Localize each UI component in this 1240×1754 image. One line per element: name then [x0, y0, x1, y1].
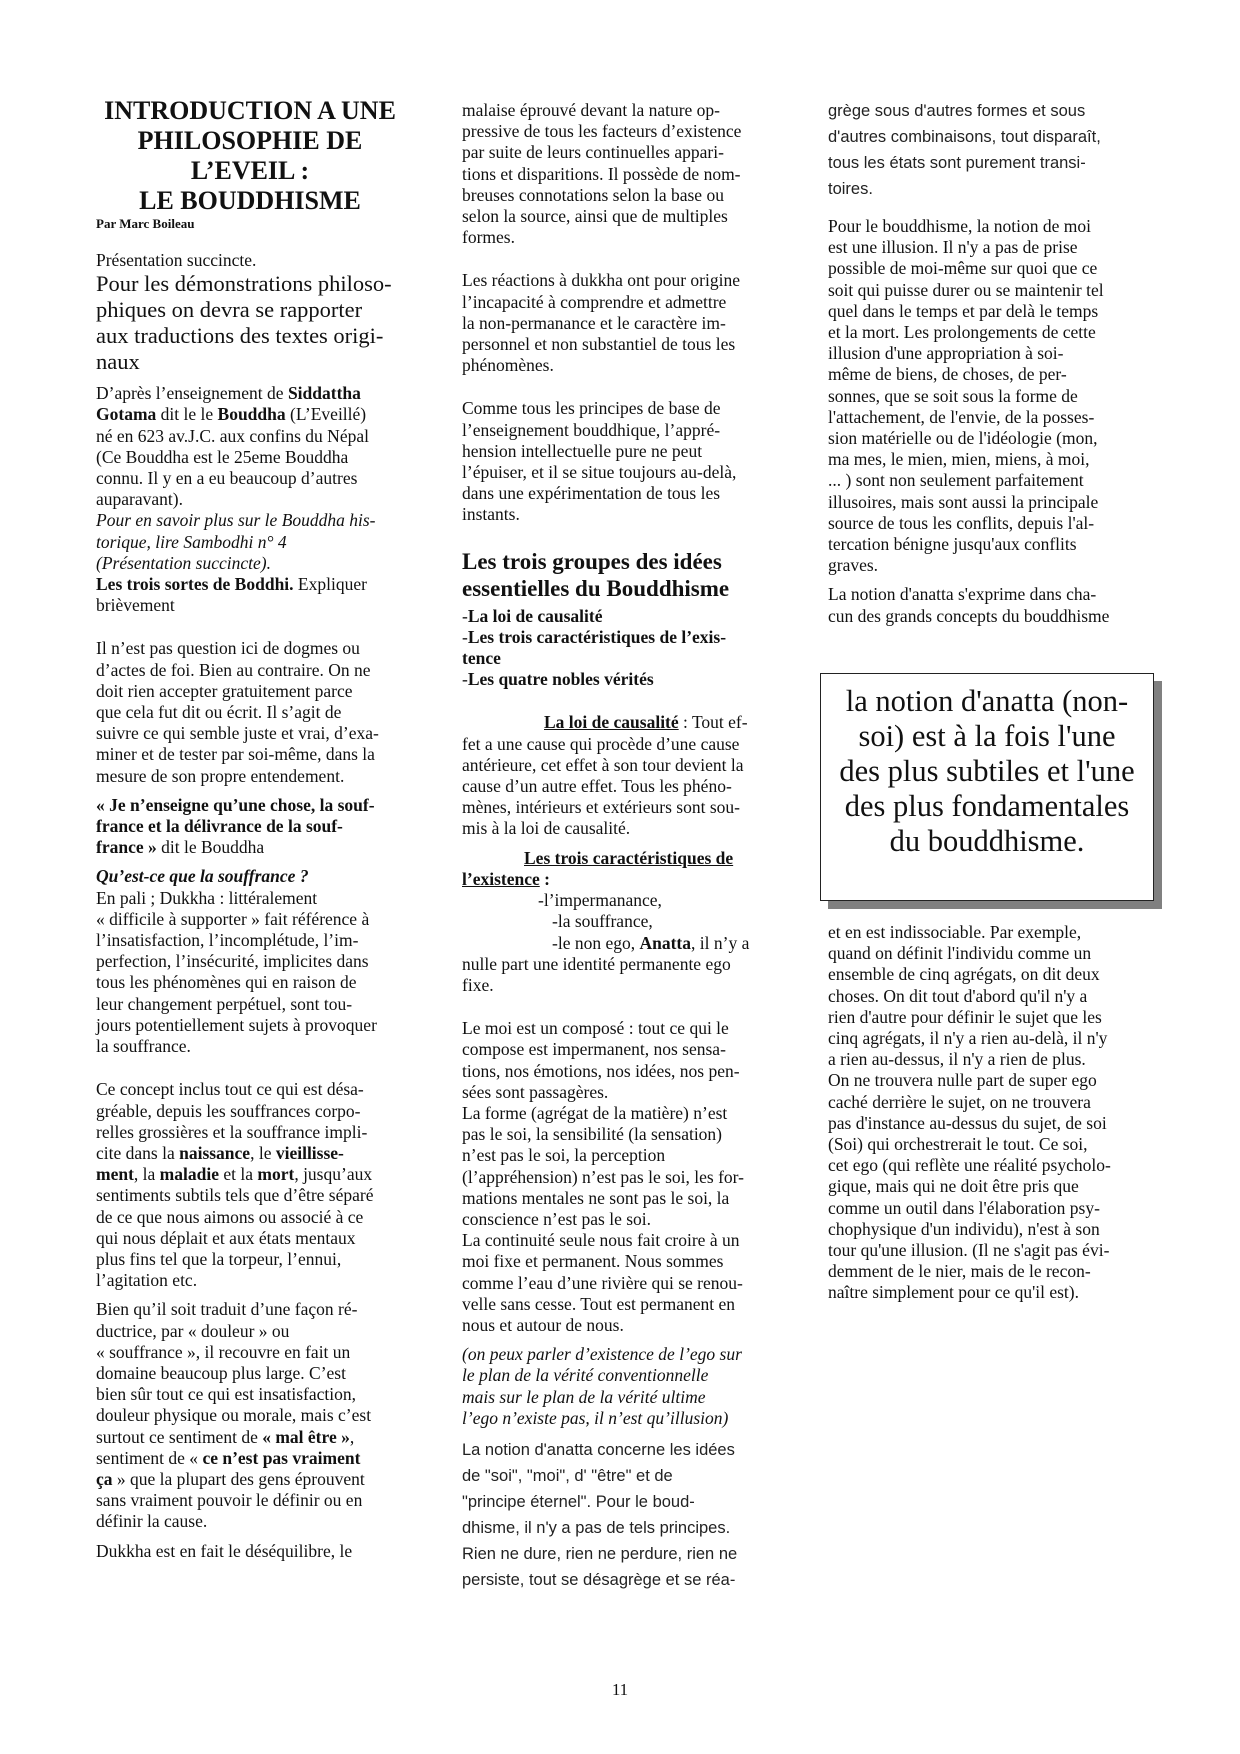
section-heading-souffrance: Qu’est-ce que la souffrance ?: [96, 866, 412, 887]
text-line: est une illusion. Il n'y a pas de prise: [828, 237, 1146, 258]
text-line: nous et autour de nous.: [462, 1315, 782, 1336]
text-line: phiques on devra se rapporter: [96, 297, 412, 323]
text-line: mis à la loi de causalité.: [462, 818, 782, 839]
text-line: aux traductions des textes origi-: [96, 323, 412, 349]
text-line: tions et disparitions. Il possède de nom…: [462, 164, 782, 185]
paragraph-anatta: La notion d'anatta concerne les idées de…: [462, 1437, 782, 1593]
text-line: Rien ne dure, rien ne perdure, rien ne: [462, 1541, 782, 1567]
paragraph-traduction: Bien qu’il soit traduit d’une façon ré- …: [96, 1299, 412, 1532]
bold-text: ça: [96, 1469, 113, 1489]
text-line: et en est indissociable. Par exemple,: [828, 922, 1146, 943]
text-line: sentiments subtils tels que d’être sépar…: [96, 1185, 412, 1206]
text-line: ma mes, le mien, mien, miens, à moi,: [828, 449, 1146, 470]
text-line: antérieure, cet effet à son tour devient…: [462, 755, 782, 776]
text-line: Il n’est pas question ici de dogmes ou: [96, 638, 412, 659]
text-line: selon la source, ainsi que de multiples: [462, 206, 782, 227]
text: , le: [250, 1143, 276, 1163]
bold-text: Les trois sortes de Boddhi.: [96, 574, 294, 594]
list-item: Les trois caractéristiques de l’exis-: [468, 627, 726, 647]
list-item: -l’impermanance,: [462, 890, 782, 911]
column-3-continued: et en est indissociable. Par exemple, qu…: [828, 922, 1146, 1304]
text-line: leur changement perpétuel, sont tou-: [96, 994, 412, 1015]
text-line: jours potentiellement sujets à provoquer: [96, 1015, 412, 1036]
italic-line: le plan de la vérité conventionnelle: [462, 1365, 782, 1386]
pull-quote-line: des plus fondamentales: [821, 789, 1153, 824]
text-line: cause d’un autre effet. Tous les phéno-: [462, 776, 782, 797]
text: sentiment de «: [96, 1448, 202, 1468]
text-line: sées sont passagères.: [462, 1082, 782, 1103]
text-line: l’agitation etc.: [96, 1270, 412, 1291]
text-line: illusion d'une appropriation à soi-: [828, 343, 1146, 364]
text-line: La forme (agrégat de la matière) n’est: [462, 1103, 782, 1124]
text-line: personnel et non substantiel de tous les: [462, 334, 782, 355]
list-item: Les quatre nobles vérités: [468, 669, 654, 689]
text: Expliquer: [294, 574, 367, 594]
pull-quote-line: du bouddhisme.: [821, 824, 1153, 859]
bold-text: france »: [96, 837, 157, 857]
text-line: quand on définit l'individu comme un: [828, 943, 1146, 964]
text-line: d'autres combinaisons, tout disparaît,: [828, 124, 1146, 150]
groups-list: -La loi de causalité -Les trois caractér…: [462, 606, 782, 691]
text-line: de ce que nous aimons ou associé à ce: [96, 1207, 412, 1228]
paragraph-dukkha: En pali ; Dukkha : littéralement « diffi…: [96, 888, 412, 1058]
intro-label: Présentation succincte.: [96, 250, 412, 271]
bold-text: mort: [257, 1164, 294, 1184]
italic-note: (on peux parler d’existence de l’ego sur…: [462, 1344, 782, 1429]
bold-text: Siddattha: [288, 383, 361, 403]
text-line: tour qu'une illusion. (Il ne s'agit pas …: [828, 1240, 1146, 1261]
text: -le non ego,: [552, 933, 639, 953]
paragraph-malaise: malaise éprouvé devant la nature op- pre…: [462, 100, 782, 248]
text-line: auparavant).: [96, 489, 412, 510]
text: cite dans la: [96, 1143, 179, 1163]
column-3: grège sous d'autres formes et sous d'aut…: [828, 98, 1146, 627]
column-2: malaise éprouvé devant la nature op- pre…: [462, 100, 782, 1593]
text-line: chophysique d'un individu), n'est à son: [828, 1219, 1146, 1240]
text-line: dhisme, il n'y a pas de tels principes.: [462, 1515, 782, 1541]
italic-line: Pour en savoir plus sur le Bouddha his-: [96, 510, 412, 531]
text: surtout ce sentiment de: [96, 1427, 262, 1447]
text-line: connu. Il y en a eu beaucoup d’autres: [96, 468, 412, 489]
text-line: que cela fut dit ou écrit. Il s’agit de: [96, 702, 412, 723]
italic-line: (on peux parler d’existence de l’ego sur: [462, 1344, 782, 1365]
paragraph-caracteristiques: Les trois caractéristiques de l’existenc…: [462, 848, 782, 996]
text-line: comme l’eau d’une rivière qui se renou-: [462, 1273, 782, 1294]
text-line: l’enseignement bouddhique, l’appré-: [462, 420, 782, 441]
bold-text: naissance: [179, 1143, 250, 1163]
text-line: tous les phénomènes qui en raison de: [96, 972, 412, 993]
text-line: bien sûr tout ce qui est insatisfaction,: [96, 1384, 412, 1405]
text-line: grège sous d'autres formes et sous: [828, 98, 1146, 124]
text-line: "principe éternel". Pour le boud-: [462, 1489, 782, 1515]
text-line: gréable, depuis les souffrances corpo-: [96, 1101, 412, 1122]
text-line: né en 623 av.J.C. aux confins du Népal: [96, 426, 412, 447]
text-line: naux: [96, 349, 412, 375]
text-line: comme un outil dans l'élaboration psy-: [828, 1198, 1146, 1219]
text: , la: [134, 1164, 160, 1184]
text-line: n’est pas le soi, la perception: [462, 1145, 782, 1166]
text: :: [540, 869, 550, 889]
text-line: Dukkha est en fait le déséquilibre, le: [96, 1541, 412, 1562]
byline: Par Marc Boileau: [96, 216, 412, 232]
italic-line: l’ego n’existe pas, il n’est qu’illusion…: [462, 1408, 782, 1429]
underlined-heading: l’existence: [462, 869, 540, 889]
text: : Tout ef-: [679, 712, 748, 732]
text-line: soit qui puisse durer ou se maintenir te…: [828, 280, 1146, 301]
text-line: choses. On dit tout d'abord qu'il n'y a: [828, 986, 1146, 1007]
text-line: douleur physique ou morale, mais c’est: [96, 1405, 412, 1426]
text-line: rien d'autre pour définir le sujet que l…: [828, 1007, 1146, 1028]
page-number: 11: [0, 1680, 1240, 1700]
text-line: pas d'instance au-dessus du sujet, de so…: [828, 1113, 1146, 1134]
heading-line: essentielles du Bouddhisme: [462, 575, 782, 602]
text-line: compose est impermanent, nos sensa-: [462, 1039, 782, 1060]
text-line: demment de le nier, mais de le recon-: [828, 1261, 1146, 1282]
paragraph-agrege: grège sous d'autres formes et sous d'aut…: [828, 98, 1146, 202]
title-line: INTRODUCTION A UNE: [88, 96, 412, 126]
text-line: source de tous les conflits, depuis l'al…: [828, 513, 1146, 534]
pull-quote-line: des plus subtiles et l'une: [821, 754, 1153, 789]
italic-line: (Présentation succincte).: [96, 553, 412, 574]
text-line: (Ce Bouddha est le 25eme Bouddha: [96, 447, 412, 468]
text-line: En pali ; Dukkha : littéralement: [96, 888, 412, 909]
text-line: pressive de tous les facteurs d’existenc…: [462, 121, 782, 142]
text-line: Pour le bouddhisme, la notion de moi: [828, 216, 1146, 237]
list-item: -la souffrance,: [462, 911, 782, 932]
text-line: persiste, tout se désagrège et se réa-: [462, 1567, 782, 1593]
text-line: possible de moi-même sur quoi que ce: [828, 258, 1146, 279]
bold-text: Bouddha: [218, 404, 286, 424]
list-item: La loi de causalité: [468, 606, 603, 626]
text-line: breuses connotations selon la base ou: [462, 185, 782, 206]
title-line: LE BOUDDHISME: [88, 186, 412, 216]
text-line: dans une expérimentation de tous les: [462, 483, 782, 504]
text-line: « souffrance », il recouvre en fait un: [96, 1342, 412, 1363]
intro-note: Pour les démonstrations philoso- phiques…: [96, 271, 412, 375]
article-title: INTRODUCTION A UNE PHILOSOPHIE DE L’EVEI…: [88, 96, 412, 216]
text-line: quel dans le temps et par delà le temps: [828, 301, 1146, 322]
text: dit le le: [156, 404, 217, 424]
text-line: l’incapacité à comprendre et admettre: [462, 292, 782, 313]
text-line: naître simplement pour ce qu'il est).: [828, 1282, 1146, 1303]
text-line: qui nous déplait et aux états mentaux: [96, 1228, 412, 1249]
text-line: fet a une cause qui procède d’une cause: [462, 734, 782, 755]
text-line: formes.: [462, 227, 782, 248]
bold-text: vieillisse-: [276, 1143, 344, 1163]
text: dit le Bouddha: [157, 837, 264, 857]
text-line: domaine beaucoup plus large. C’est: [96, 1363, 412, 1384]
text-line: Les réactions à dukkha ont pour origine: [462, 270, 782, 291]
text-line: mènes, intérieurs et extérieurs sont sou…: [462, 797, 782, 818]
text-line: caché derrière le sujet, on ne trouvera: [828, 1092, 1146, 1113]
column-1: INTRODUCTION A UNE PHILOSOPHIE DE L’EVEI…: [96, 96, 412, 1562]
text-line: Ce concept inclus tout ce qui est désa-: [96, 1079, 412, 1100]
text-line: graves.: [828, 555, 1146, 576]
text-line: conscience n’est pas le soi.: [462, 1209, 782, 1230]
text-line: malaise éprouvé devant la nature op-: [462, 100, 782, 121]
pull-quote-line: soi) est à la fois l'une: [821, 719, 1153, 754]
text-line: et la mort. Les prolongements de cette: [828, 322, 1146, 343]
text-line: instants.: [462, 504, 782, 525]
text-line: de "soi", "moi", d' "être" et de: [462, 1463, 782, 1489]
bold-line: france et la délivrance de la souf-: [96, 816, 412, 837]
text: , jusqu’aux: [294, 1164, 372, 1184]
text-line: La notion d'anatta concerne les idées: [462, 1437, 782, 1463]
text-line: doit rien accepter gratuitement parce: [96, 681, 412, 702]
buddha-quote: « Je n’enseigne qu’une chose, la souf- f…: [96, 795, 412, 859]
text-line: nulle part une identité permanente ego: [462, 954, 782, 975]
text-line: ensemble de cinq agrégats, on dit deux: [828, 964, 1146, 985]
text-line: la souffrance.: [96, 1036, 412, 1057]
italic-line: torique, lire Sambodhi n° 4: [96, 532, 412, 553]
bold-text: maladie: [160, 1164, 219, 1184]
text-line: velle sans cesse. Tout est permanent en: [462, 1294, 782, 1315]
text-line: La notion d'anatta s'exprime dans cha-: [828, 584, 1146, 605]
text: D’après l’enseignement de: [96, 383, 288, 403]
text-line: mesure de son propre entendement.: [96, 766, 412, 787]
text-line: l’épuiser, et il se situe toujours au-de…: [462, 462, 782, 483]
text-line: Le moi est un composé : tout ce qui le: [462, 1018, 782, 1039]
text-line: toires.: [828, 176, 1146, 202]
bold-line: « Je n’enseigne qu’une chose, la souf-: [96, 795, 412, 816]
text-line: moi fixe et permanent. Nous sommes: [462, 1251, 782, 1272]
text-line: même de biens, de choses, de per-: [828, 364, 1146, 385]
bold-text: ce n’est pas vraiment: [202, 1448, 360, 1468]
text-line: l’insatisfaction, l’incomplétude, l’im-: [96, 930, 412, 951]
text-line: On ne trouvera nulle part de super ego: [828, 1070, 1146, 1091]
bold-text: « mal être »: [262, 1427, 350, 1447]
text: ,: [350, 1427, 354, 1447]
heading-line: Les trois groupes des idées: [462, 548, 782, 575]
text: » que la plupart des gens éprouvent: [113, 1469, 365, 1489]
text-line: cet ego (qui reflète une réalité psychol…: [828, 1155, 1146, 1176]
text-line: mations mentales ne sont pas le soi, la: [462, 1188, 782, 1209]
text-line: fixe.: [462, 975, 782, 996]
paragraph-concept: Ce concept inclus tout ce qui est désa- …: [96, 1079, 412, 1291]
text-line: Bien qu’il soit traduit d’une façon ré-: [96, 1299, 412, 1320]
section-heading-trois-groupes: Les trois groupes des idées essentielles…: [462, 548, 782, 602]
text-line: illusoires, mais sont aussi la principal…: [828, 492, 1146, 513]
text-line: la non-permanance et le caractère im-: [462, 313, 782, 334]
text-line: définir la cause.: [96, 1511, 412, 1532]
text-line: tercation bénigne jusqu'aux conflits: [828, 534, 1146, 555]
paragraph-principes: Comme tous les principes de base de l’en…: [462, 398, 782, 525]
paragraph-anatta-expression: La notion d'anatta s'exprime dans cha- c…: [828, 584, 1146, 626]
bold-text: ment: [96, 1164, 134, 1184]
text-line: La continuité seule nous fait croire à u…: [462, 1230, 782, 1251]
text-line: cinq agrégats, il n'y a rien au-delà, il…: [828, 1028, 1146, 1049]
text: (L’Eveillé): [286, 404, 367, 424]
text-line: Comme tous les principes de base de: [462, 398, 782, 419]
text-line: gique, mais qui ne doit être pris que: [828, 1176, 1146, 1197]
title-line: L’EVEIL :: [88, 156, 412, 186]
text-line: Pour les démonstrations philoso-: [96, 271, 412, 297]
list-item-continued: tence: [462, 648, 782, 669]
text: et la: [219, 1164, 257, 1184]
text-line: tous les états sont purement transi-: [828, 150, 1146, 176]
text-line: par suite de leurs continuelles appari-: [462, 142, 782, 163]
bold-text: Gotama: [96, 404, 156, 424]
text-line: cun des grands concepts du bouddhisme: [828, 606, 1146, 627]
text-line: pas le soi, la sensibilité (la sensation…: [462, 1124, 782, 1145]
text-line: a rien au-dessus, il n'y a rien de plus.: [828, 1049, 1146, 1070]
paragraph-siddattha: D’après l’enseignement de Siddattha Gota…: [96, 383, 412, 616]
title-line: PHILOSOPHIE DE: [88, 126, 412, 156]
text-line: (l’appréhension) n’est pas le soi, les f…: [462, 1167, 782, 1188]
text-line: d’actes de foi. Bien au contraire. On ne: [96, 660, 412, 681]
paragraph-moi-compose: Le moi est un composé : tout ce qui le c…: [462, 1018, 782, 1336]
pull-quote-box: la notion d'anatta (non- soi) est à la f…: [820, 673, 1154, 901]
text-line: perfection, l’insécurité, implicites dan…: [96, 951, 412, 972]
text-line: brièvement: [96, 595, 412, 616]
paragraph-reactions: Les réactions à dukkha ont pour origine …: [462, 270, 782, 376]
text-line: tions, nos émotions, nos idées, nos pen-: [462, 1061, 782, 1082]
text-line: sans vraiment pouvoir le définir ou en: [96, 1490, 412, 1511]
text-line: hension intellectuelle pure ne peut: [462, 441, 782, 462]
text-line: « difficile à supporter » fait référence…: [96, 909, 412, 930]
bold-text: Anatta: [639, 933, 691, 953]
text: , il n’y a: [691, 933, 749, 953]
text-line: ductrice, par « douleur » ou: [96, 1321, 412, 1342]
text-line: ... ) sont non seulement parfaitement: [828, 470, 1146, 491]
pull-quote-line: la notion d'anatta (non-: [821, 684, 1153, 719]
text-line: sonnes, que se soit sous la forme de: [828, 386, 1146, 407]
text-line: l'attachement, de l'envie, de la posses-: [828, 407, 1146, 428]
paragraph-dogmes: Il n’est pas question ici de dogmes ou d…: [96, 638, 412, 786]
text-line: plus fins tel que la torpeur, l’ennui,: [96, 1249, 412, 1270]
paragraph-illusion: Pour le bouddhisme, la notion de moi est…: [828, 216, 1146, 576]
underlined-heading: Les trois caractéristiques de: [524, 848, 733, 868]
italic-line: mais sur le plan de la vérité ultime: [462, 1387, 782, 1408]
paragraph-causalite: La loi de causalité : Tout ef- fet a une…: [462, 712, 782, 839]
paragraph-indissociable: et en est indissociable. Par exemple, qu…: [828, 922, 1146, 1304]
text-line: phénomènes.: [462, 355, 782, 376]
text-line: sion matérielle ou de l'idéologie (mon,: [828, 428, 1146, 449]
text-line: miner et de tester par soi-même, dans la: [96, 744, 412, 765]
text-line: (Soi) qui orchestrerait le tout. Ce soi,: [828, 1134, 1146, 1155]
underlined-heading: La loi de causalité: [544, 712, 679, 732]
text-line: suivre ce qui semble juste et vrai, d’ex…: [96, 723, 412, 744]
text-line: relles grossières et la souffrance impli…: [96, 1122, 412, 1143]
